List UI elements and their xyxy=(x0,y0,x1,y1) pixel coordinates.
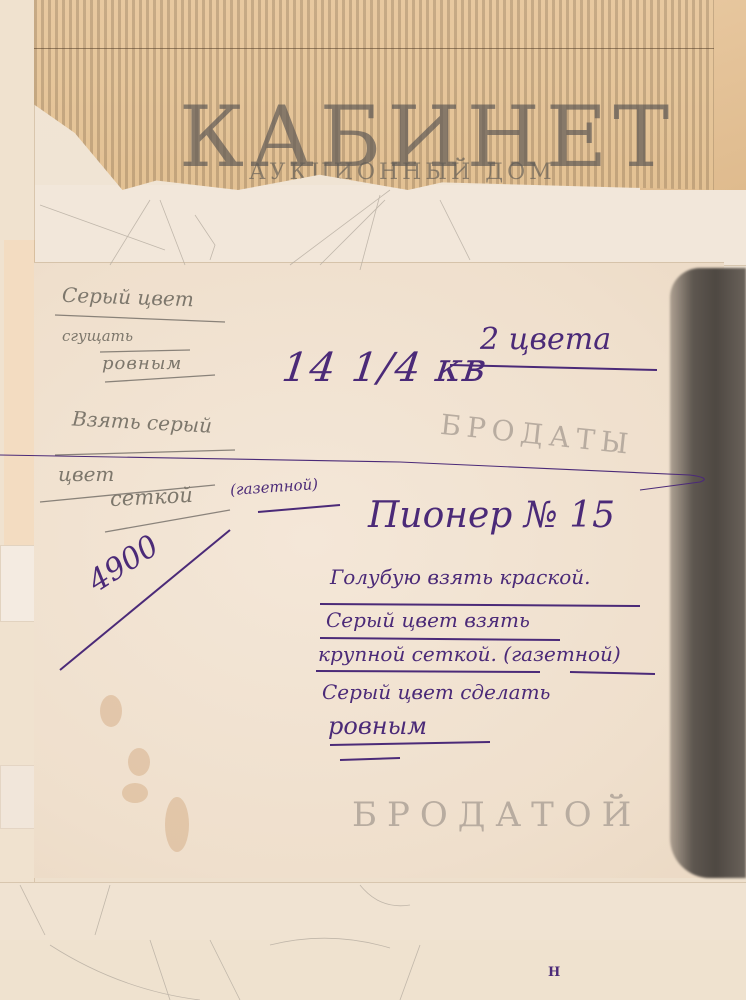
ink-instruction-line: Голубую взять краской. xyxy=(330,565,591,589)
ink-note-colors-count: 2 цвета xyxy=(480,322,611,357)
bottom-ink-mark: Н xyxy=(548,965,560,980)
ink-instruction-line: крупной сеткой. (газетной) xyxy=(318,642,621,666)
ink-note-title: Пионер № 15 xyxy=(368,495,615,536)
pencil-note-grey-color: Серый цвет xyxy=(62,283,195,312)
ink-instruction-line: Серый цвет сделать xyxy=(322,680,550,704)
ink-note-fraction: 14 1/4 кв xyxy=(275,345,496,391)
pencil-note-even: ровным xyxy=(102,353,182,374)
ink-instruction-line: ровным xyxy=(328,712,427,740)
pencil-note-color: цвет xyxy=(58,462,114,486)
ink-instruction-line: Серый цвет взять xyxy=(326,608,530,632)
pencil-note-mesh: сеткой xyxy=(109,483,193,511)
pencil-note-thicken: сгущать xyxy=(62,327,133,345)
pencil-stamp-bottom: БРОДАТОЙ xyxy=(352,795,641,835)
